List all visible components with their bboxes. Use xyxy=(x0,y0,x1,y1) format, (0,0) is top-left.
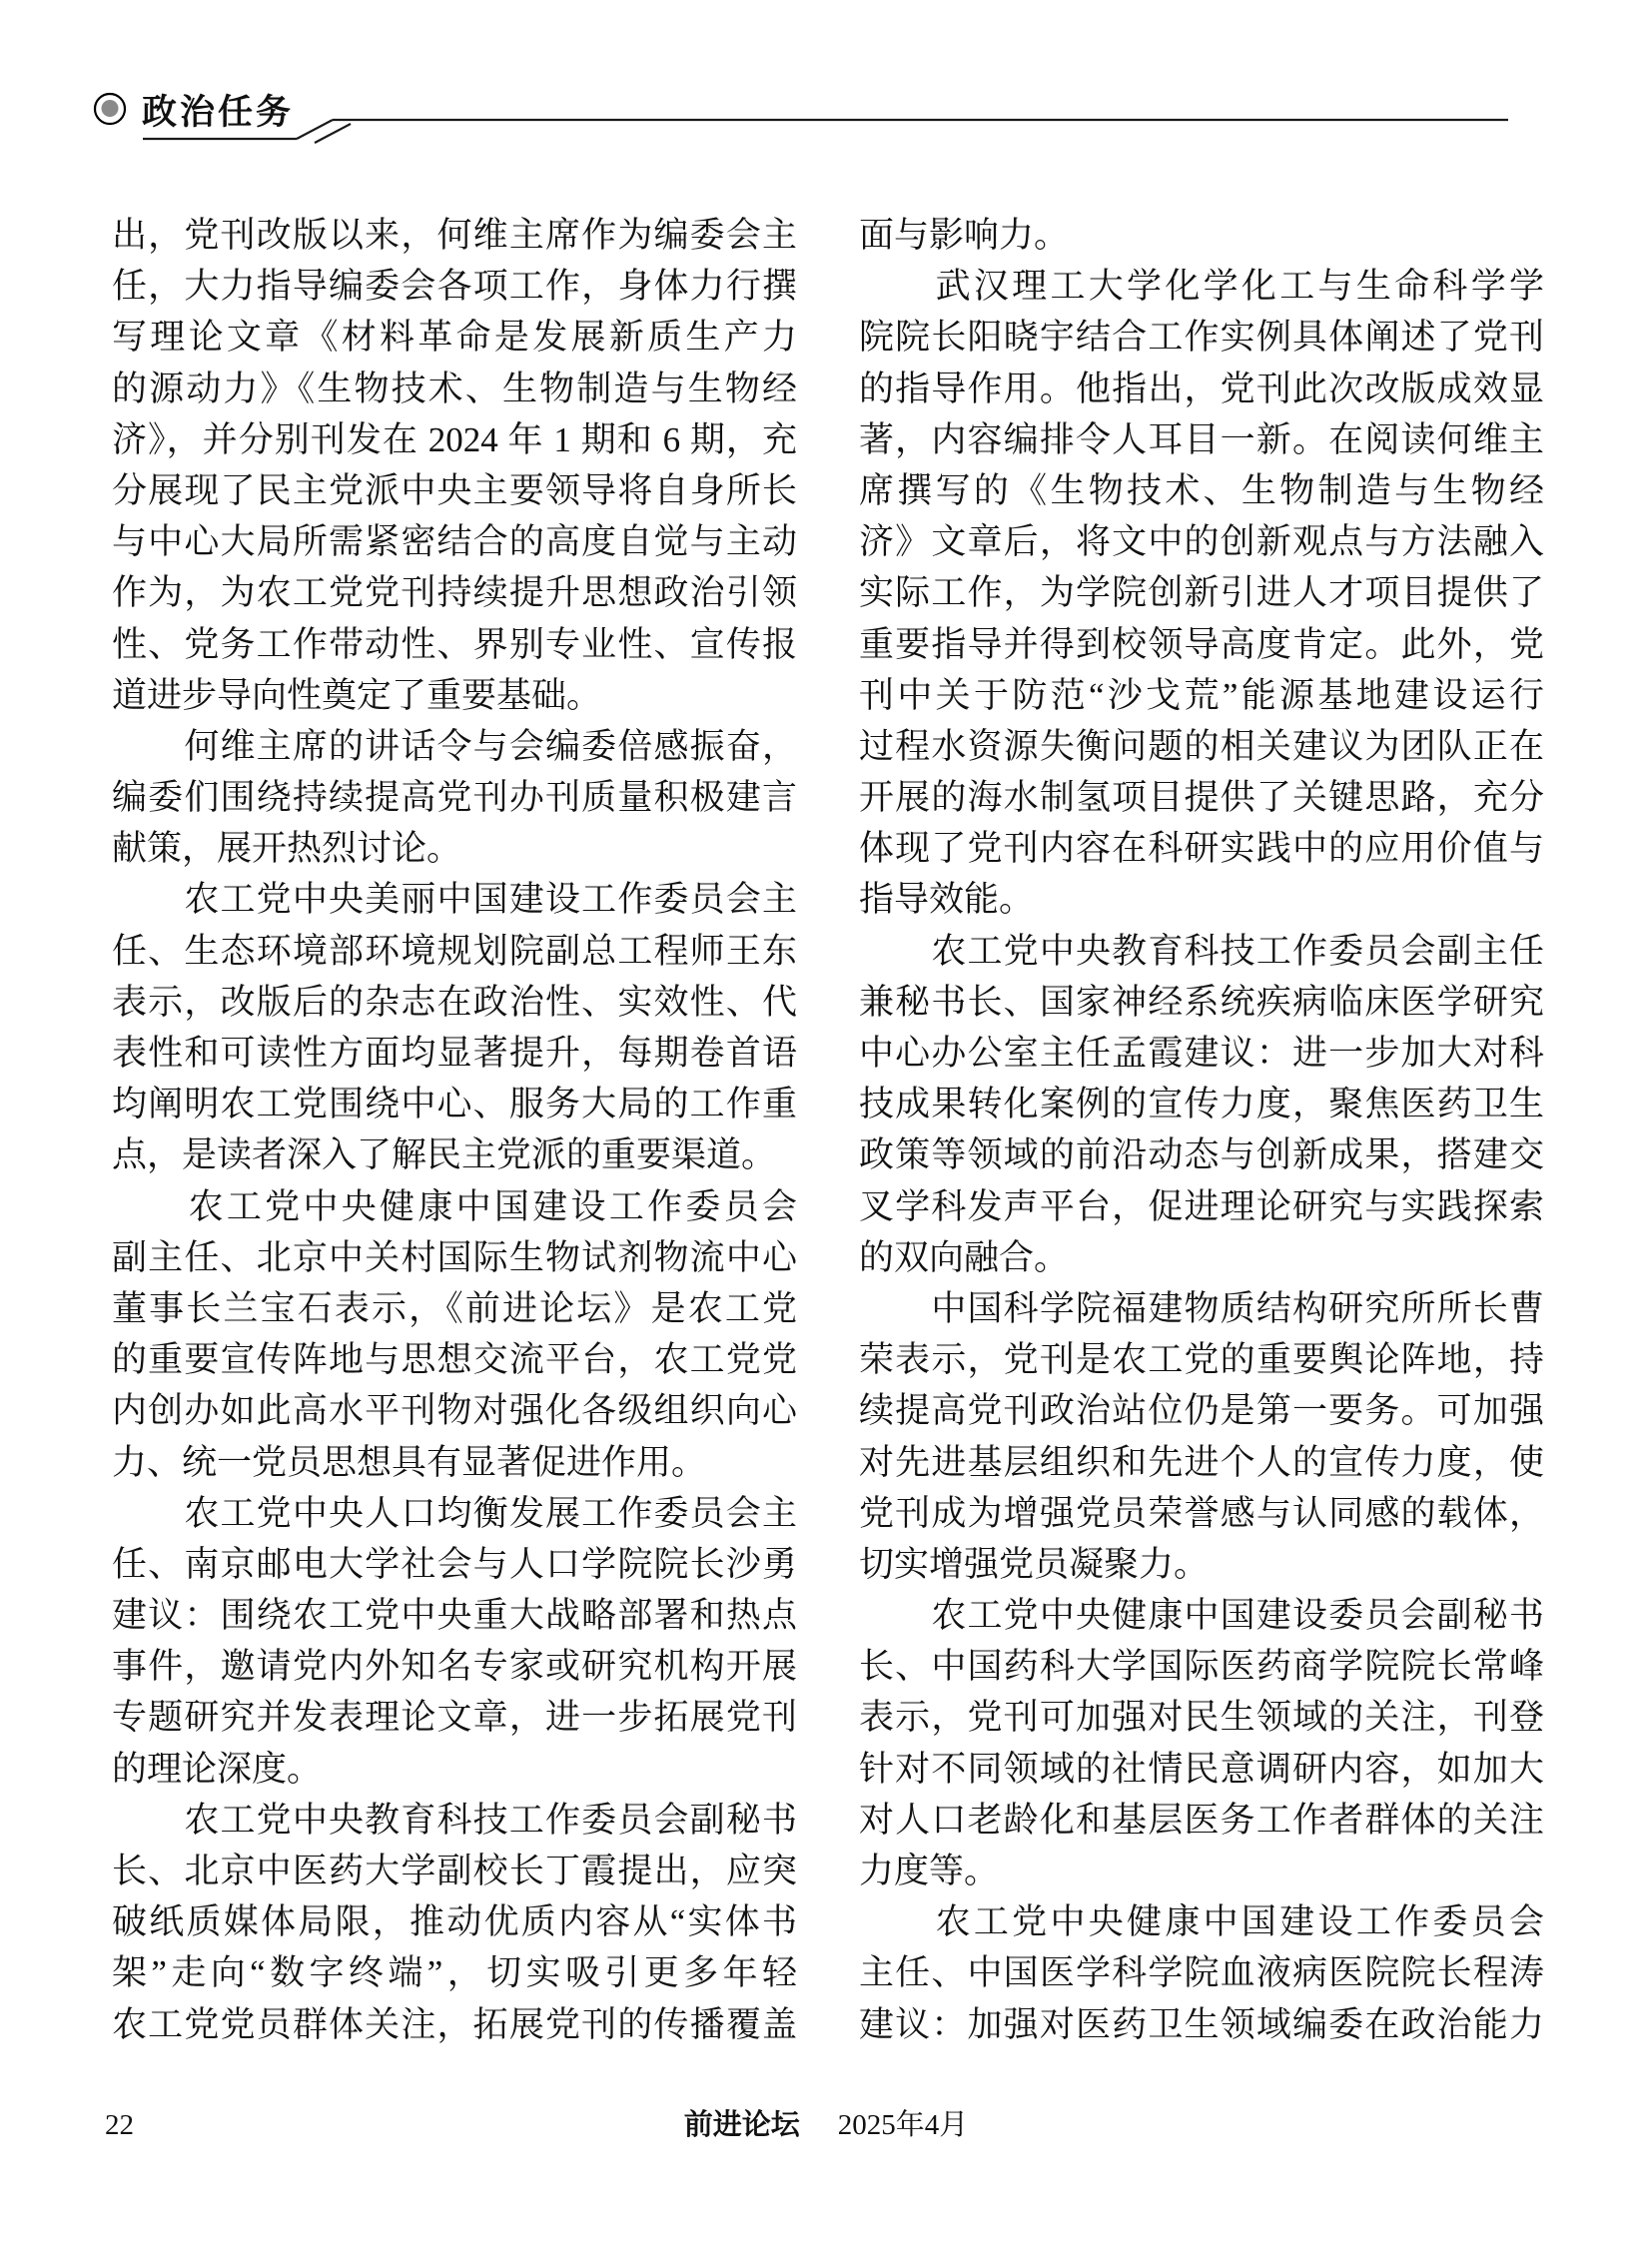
text-line: 指导效能。 xyxy=(859,874,1544,925)
text-line: 与中心大局所需紧密结合的高度自觉与主动 xyxy=(112,516,797,567)
text-line: 写理论文章《材料革命是发展新质生产力 xyxy=(112,312,797,363)
text-line: 刊中关于防范“沙戈荒”能源基地建设运行 xyxy=(859,670,1544,721)
text-line: 农工党中央人口均衡发展工作委员会主 xyxy=(112,1488,797,1539)
text-line: 面与影响力。 xyxy=(859,210,1544,261)
section-title: 政治任务 xyxy=(142,90,294,136)
text-line: 建议：围绕农工党中央重大战略部署和热点 xyxy=(112,1590,797,1641)
text-line: 均阐明农工党围绕中心、服务大局的工作重 xyxy=(112,1079,797,1129)
text-line: 献策，展开热烈讨论。 xyxy=(112,823,797,874)
text-line: 对人口老龄化和基层医务工作者群体的关注 xyxy=(859,1795,1544,1846)
text-line: 的双向融合。 xyxy=(859,1232,1544,1283)
text-line: 的理论深度。 xyxy=(112,1744,797,1795)
text-line: 农工党中央健康中国建设工作委员会 xyxy=(859,1896,1544,1947)
footer-center: 前进论坛2025年4月 xyxy=(0,2107,1652,2143)
text-line: 开展的海水制氢项目提供了关键思路，充分 xyxy=(859,772,1544,823)
text-line: 作为，为农工党党刊持续提升思想政治引领 xyxy=(112,567,797,618)
text-line: 建议：加强对医药卫生领域编委在政治能力 xyxy=(859,1999,1544,2050)
paragraph: 出，党刊改版以来，何维主席作为编委会主任，大力指导编委会各项工作，身体力行撰写理… xyxy=(112,210,797,721)
text-line: 道进步导向性奠定了重要基础。 xyxy=(112,670,797,721)
text-line: 表性和可读性方面均显著提升，每期卷首语 xyxy=(112,1028,797,1079)
text-line: 长、中国药科大学国际医药商学院院长常峰 xyxy=(859,1641,1544,1692)
text-line: 分展现了民主党派中央主要领导将自身所长 xyxy=(112,465,797,516)
text-line: 农工党党员群体关注，拓展党刊的传播覆盖 xyxy=(112,1999,797,2050)
text-line: 点，是读者深入了解民主党派的重要渠道。 xyxy=(112,1129,797,1180)
paragraph: 何维主席的讲话令与会编委倍感振奋，编委们围绕持续提高党刊办刊质量积极建言献策，展… xyxy=(112,721,797,875)
text-line: 农工党中央健康中国建设委员会副秘书 xyxy=(859,1590,1544,1641)
text-line: 何维主席的讲话令与会编委倍感振奋， xyxy=(112,721,797,772)
text-line: 中国科学院福建物质结构研究所所长曹 xyxy=(859,1283,1544,1334)
text-line: 济》，并分别刊发在 2024 年 1 期和 6 期，充 xyxy=(112,414,797,465)
text-line: 董事长兰宝石表示，《前进论坛》是农工党 xyxy=(112,1283,797,1334)
text-line: 任、南京邮电大学社会与人口学院院长沙勇 xyxy=(112,1539,797,1590)
text-line: 荣表示，党刊是农工党的重要舆论阵地，持 xyxy=(859,1334,1544,1385)
text-line: 副主任、北京中关村国际生物试剂物流中心 xyxy=(112,1232,797,1283)
text-line: 性、党务工作带动性、界别专业性、宣传报 xyxy=(112,619,797,670)
text-line: 的源动力》《生物技术、生物制造与生物经 xyxy=(112,364,797,414)
text-line: 体现了党刊内容在科研实践中的应用价值与 xyxy=(859,823,1544,874)
paragraph: 农工党中央美丽中国建设工作委员会主任、生态环境部环境规划院副总工程师王东表示，改… xyxy=(112,874,797,1180)
journal-title: 前进论坛 xyxy=(684,2109,800,2141)
paragraph: 农工党中央健康中国建设工作委员会副主任、北京中关村国际生物试剂物流中心董事长兰宝… xyxy=(112,1181,797,1488)
text-line: 表示，改版后的杂志在政治性、实效性、代 xyxy=(112,977,797,1028)
circle-bullet-icon xyxy=(95,94,125,124)
text-line: 的指导作用。他指出，党刊此次改版成效显 xyxy=(859,364,1544,414)
paragraph: 中国科学院福建物质结构研究所所长曹荣表示，党刊是农工党的重要舆论阵地，持续提高党… xyxy=(859,1283,1544,1590)
paragraph: 农工党中央教育科技工作委员会副秘书长、北京中医药大学副校长丁霞提出，应突破纸质媒… xyxy=(112,1795,797,2050)
text-line: 著，内容编排令人耳目一新。在阅读何维主 xyxy=(859,414,1544,465)
text-line: 任、生态环境部环境规划院副总工程师王东 xyxy=(112,926,797,977)
text-line: 农工党中央美丽中国建设工作委员会主 xyxy=(112,874,797,925)
text-line: 破纸质媒体局限，推动优质内容从“实体书 xyxy=(112,1896,797,1947)
text-line: 实际工作，为学院创新引进人才项目提供了 xyxy=(859,567,1544,618)
text-line: 长、北京中医药大学副校长丁霞提出，应突 xyxy=(112,1846,797,1896)
text-line: 对先进基层组织和先进个人的宣传力度，使 xyxy=(859,1437,1544,1488)
text-line: 架”走向“数字终端”，切实吸引更多年轻 xyxy=(112,1947,797,1998)
text-line: 表示，党刊可加强对民生领域的关注，刊登 xyxy=(859,1692,1544,1743)
paragraph: 面与影响力。 xyxy=(859,210,1544,261)
text-line: 主任、中国医学科学院血液病医院院长程涛 xyxy=(859,1947,1544,1998)
paragraph: 农工党中央健康中国建设委员会副秘书长、中国药科大学国际医药商学院院长常峰表示，党… xyxy=(859,1590,1544,1896)
page-footer: 22 前进论坛2025年4月 xyxy=(0,2107,1652,2147)
text-line: 院院长阳晓宇结合工作实例具体阐述了党刊 xyxy=(859,312,1544,363)
text-line: 政策等领域的前沿动态与创新成果，搭建交 xyxy=(859,1129,1544,1180)
text-line: 过程水资源失衡问题的相关建议为团队正在 xyxy=(859,721,1544,772)
text-line: 出，党刊改版以来，何维主席作为编委会主 xyxy=(112,210,797,261)
text-line: 党刊成为增强党员荣誉感与认同感的载体， xyxy=(859,1488,1544,1539)
text-line: 农工党中央健康中国建设工作委员会 xyxy=(112,1181,797,1232)
text-line: 席撰写的《生物技术、生物制造与生物经 xyxy=(859,465,1544,516)
text-line: 专题研究并发表理论文章，进一步拓展党刊 xyxy=(112,1692,797,1743)
text-line: 的重要宣传阵地与思想交流平台，农工党党 xyxy=(112,1334,797,1385)
text-line: 中心办公室主任孟霞建议：进一步加大对科 xyxy=(859,1028,1544,1079)
paragraph: 农工党中央健康中国建设工作委员会主任、中国医学科学院血液病医院院长程涛建议：加强… xyxy=(859,1896,1544,2050)
text-line: 力度等。 xyxy=(859,1846,1544,1896)
text-line: 续提高党刊政治站位仍是第一要务。可加强 xyxy=(859,1385,1544,1436)
paragraph: 农工党中央教育科技工作委员会副主任兼秘书长、国家神经系统疾病临床医学研究中心办公… xyxy=(859,926,1544,1283)
text-line: 技成果转化案例的宣传力度，聚焦医药卫生 xyxy=(859,1079,1544,1129)
text-line: 力、统一党员思想具有显著促进作用。 xyxy=(112,1437,797,1488)
text-line: 重要指导并得到校领导高度肯定。此外，党 xyxy=(859,619,1544,670)
section-divider-line xyxy=(143,120,1508,143)
article-body: 出，党刊改版以来，何维主席作为编委会主任，大力指导编委会各项工作，身体力行撰写理… xyxy=(112,210,1544,2050)
text-line: 兼秘书长、国家神经系统疾病临床医学研究 xyxy=(859,977,1544,1028)
text-line: 针对不同领域的社情民意调研内容，如加大 xyxy=(859,1744,1544,1795)
issue-date: 2025年4月 xyxy=(838,2109,969,2141)
text-line: 武汉理工大学化学化工与生命科学学 xyxy=(859,261,1544,312)
text-line: 叉学科发声平台，促进理论研究与实践探索 xyxy=(859,1181,1544,1232)
column-left: 出，党刊改版以来，何维主席作为编委会主任，大力指导编委会各项工作，身体力行撰写理… xyxy=(112,210,797,2050)
column-right: 面与影响力。 武汉理工大学化学化工与生命科学学院院长阳晓宇结合工作实例具体阐述了… xyxy=(859,210,1544,2050)
text-line: 切实增强党员凝聚力。 xyxy=(859,1539,1544,1590)
paragraph: 农工党中央人口均衡发展工作委员会主任、南京邮电大学社会与人口学院院长沙勇建议：围… xyxy=(112,1488,797,1795)
text-line: 任，大力指导编委会各项工作，身体力行撰 xyxy=(112,261,797,312)
text-line: 事件，邀请党内外知名专家或研究机构开展 xyxy=(112,1641,797,1692)
text-line: 农工党中央教育科技工作委员会副秘书 xyxy=(112,1795,797,1846)
text-line: 农工党中央教育科技工作委员会副主任 xyxy=(859,926,1544,977)
text-line: 济》文章后，将文中的创新观点与方法融入 xyxy=(859,516,1544,567)
text-line: 编委们围绕持续提高党刊办刊质量积极建言 xyxy=(112,772,797,823)
text-line: 内创办如此高水平刊物对强化各级组织向心 xyxy=(112,1385,797,1436)
paragraph: 武汉理工大学化学化工与生命科学学院院长阳晓宇结合工作实例具体阐述了党刊的指导作用… xyxy=(859,261,1544,925)
